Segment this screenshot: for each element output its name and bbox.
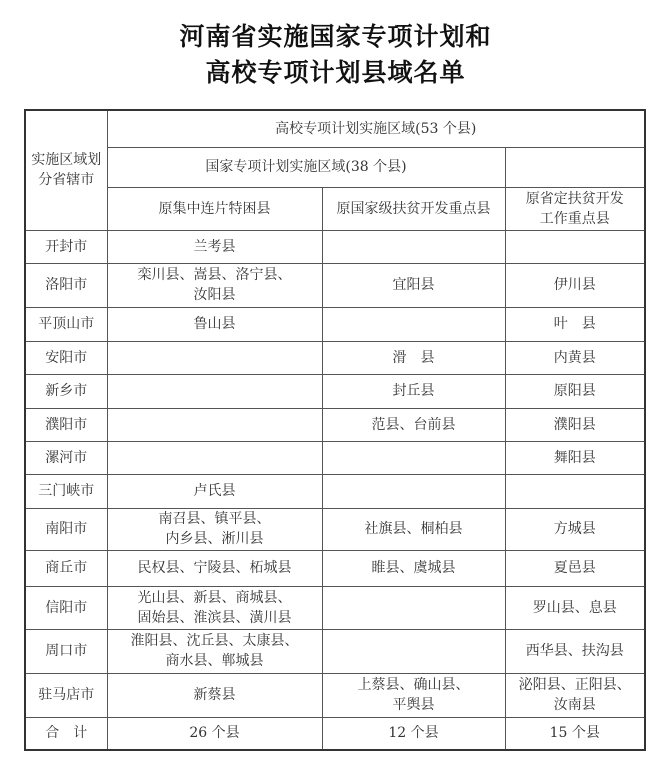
city-cell-line1: 信阳市 [28, 598, 105, 618]
national-poverty-cell: 滑 县 [322, 341, 505, 374]
total-row: 合 计26 个县12 个县15 个县 [25, 717, 645, 750]
city-cell-line1: 三门峡市 [28, 481, 105, 501]
city-cell-line1: 周口市 [28, 641, 105, 661]
provincial-poverty-cell: 叶 县 [505, 307, 645, 341]
header-university-area: 高校专项计划实施区域(53 个县) [107, 110, 645, 147]
contiguous-poverty-cell: 鲁山县 [107, 307, 322, 341]
contiguous-poverty-cell: 南召县、镇平县、内乡县、淅川县 [107, 508, 322, 550]
national-poverty-cell-line1: 范县、台前县 [325, 415, 503, 435]
provincial-poverty-cell: 西华县、扶沟县 [505, 629, 645, 673]
total-col1: 26 个县 [107, 717, 322, 750]
provincial-poverty-cell-line1: 原阳县 [508, 381, 643, 401]
city-cell: 濮阳市 [25, 408, 107, 441]
national-poverty-cell: 睢县、虞城县 [322, 550, 505, 586]
contiguous-poverty-cell: 民权县、宁陵县、柘城县 [107, 550, 322, 586]
provincial-poverty-cell-line1: 叶 县 [508, 314, 643, 334]
national-poverty-cell-line2: 平舆县 [325, 695, 503, 715]
national-poverty-cell [322, 441, 505, 474]
provincial-poverty-cell-line1: 泌阳县、正阳县、 [508, 675, 643, 695]
provincial-poverty-cell: 伊川县 [505, 263, 645, 307]
contiguous-poverty-cell [107, 408, 322, 441]
total-col3: 15 个县 [505, 717, 645, 750]
contiguous-poverty-cell-line1: 南召县、镇平县、 [110, 509, 320, 529]
contiguous-poverty-cell: 新蔡县 [107, 673, 322, 717]
contiguous-poverty-cell: 光山县、新县、商城县、固始县、淮滨县、潢川县 [107, 586, 322, 629]
provincial-poverty-cell-line2: 汝南县 [508, 695, 643, 715]
city-cell: 安阳市 [25, 341, 107, 374]
provincial-poverty-cell-line1: 方城县 [508, 519, 643, 539]
city-cell: 开封市 [25, 230, 107, 263]
header-col3-line2: 工作重点县 [508, 209, 643, 229]
table-row: 洛阳市栾川县、嵩县、洛宁县、汝阳县宜阳县伊川县 [25, 263, 645, 307]
document-title-line2: 高校专项计划县域名单 [0, 53, 671, 89]
city-cell-line1: 漯河市 [28, 448, 105, 468]
table-row: 平顶山市鲁山县叶 县 [25, 307, 645, 341]
table-row: 新乡市封丘县原阳县 [25, 374, 645, 408]
national-poverty-cell: 封丘县 [322, 374, 505, 408]
provincial-poverty-cell: 罗山县、息县 [505, 586, 645, 629]
provincial-poverty-cell-line1: 夏邑县 [508, 558, 643, 578]
provincial-poverty-cell-line1: 罗山县、息县 [508, 598, 643, 618]
header-empty-cell [505, 147, 645, 187]
contiguous-poverty-cell-line2: 汝阳县 [110, 285, 320, 305]
county-list-table: 实施区域划 分省辖市 高校专项计划实施区域(53 个县) 国家专项计划实施区域(… [24, 109, 646, 751]
city-cell: 周口市 [25, 629, 107, 673]
table-row: 南阳市南召县、镇平县、内乡县、淅川县社旗县、桐柏县方城县 [25, 508, 645, 550]
national-poverty-cell: 宜阳县 [322, 263, 505, 307]
provincial-poverty-cell-line1: 舞阳县 [508, 448, 643, 468]
city-cell: 信阳市 [25, 586, 107, 629]
provincial-poverty-cell: 方城县 [505, 508, 645, 550]
contiguous-poverty-cell-line1: 兰考县 [110, 237, 320, 257]
provincial-poverty-cell: 内黄县 [505, 341, 645, 374]
provincial-poverty-cell [505, 230, 645, 263]
city-cell-line1: 商丘市 [28, 558, 105, 578]
provincial-poverty-cell: 原阳县 [505, 374, 645, 408]
national-poverty-cell [322, 230, 505, 263]
contiguous-poverty-cell [107, 374, 322, 408]
header-col3: 原省定扶贫开发 工作重点县 [505, 187, 645, 230]
national-poverty-cell-line1: 宜阳县 [325, 275, 503, 295]
provincial-poverty-cell: 濮阳县 [505, 408, 645, 441]
national-poverty-cell: 社旗县、桐柏县 [322, 508, 505, 550]
city-cell: 三门峡市 [25, 474, 107, 508]
contiguous-poverty-cell-line1: 淮阳县、沈丘县、太康县、 [110, 631, 320, 651]
header-city-line2: 分省辖市 [28, 170, 105, 190]
table-row: 开封市兰考县 [25, 230, 645, 263]
contiguous-poverty-cell-line2: 商水县、郸城县 [110, 651, 320, 671]
contiguous-poverty-cell-line1: 新蔡县 [110, 685, 320, 705]
table-row: 三门峡市卢氏县 [25, 474, 645, 508]
header-national-area: 国家专项计划实施区域(38 个县) [107, 147, 505, 187]
provincial-poverty-cell: 泌阳县、正阳县、汝南县 [505, 673, 645, 717]
provincial-poverty-cell [505, 474, 645, 508]
city-cell-line1: 平顶山市 [28, 314, 105, 334]
city-cell: 商丘市 [25, 550, 107, 586]
city-cell-line1: 南阳市 [28, 519, 105, 539]
contiguous-poverty-cell-line2: 固始县、淮滨县、潢川县 [110, 608, 320, 628]
table-row: 商丘市民权县、宁陵县、柘城县睢县、虞城县夏邑县 [25, 550, 645, 586]
national-poverty-cell [322, 307, 505, 341]
city-cell-line1: 洛阳市 [28, 275, 105, 295]
city-cell: 洛阳市 [25, 263, 107, 307]
contiguous-poverty-cell: 栾川县、嵩县、洛宁县、汝阳县 [107, 263, 322, 307]
provincial-poverty-cell-line1: 濮阳县 [508, 415, 643, 435]
national-poverty-cell [322, 629, 505, 673]
contiguous-poverty-cell-line1: 民权县、宁陵县、柘城县 [110, 558, 320, 578]
city-cell-line1: 安阳市 [28, 348, 105, 368]
provincial-poverty-cell: 舞阳县 [505, 441, 645, 474]
table-row: 安阳市滑 县内黄县 [25, 341, 645, 374]
city-cell-line1: 濮阳市 [28, 415, 105, 435]
city-cell-line1: 开封市 [28, 237, 105, 257]
provincial-poverty-cell-line1: 西华县、扶沟县 [508, 641, 643, 661]
contiguous-poverty-cell [107, 441, 322, 474]
header-col1: 原集中连片特困县 [107, 187, 322, 230]
national-poverty-cell-line1: 封丘县 [325, 381, 503, 401]
provincial-poverty-cell: 夏邑县 [505, 550, 645, 586]
city-cell: 平顶山市 [25, 307, 107, 341]
contiguous-poverty-cell-line1: 卢氏县 [110, 481, 320, 501]
document-title-line1: 河南省实施国家专项计划和 [0, 17, 671, 53]
contiguous-poverty-cell-line1: 光山县、新县、商城县、 [110, 588, 320, 608]
table-row: 漯河市舞阳县 [25, 441, 645, 474]
contiguous-poverty-cell-line1: 栾川县、嵩县、洛宁县、 [110, 265, 320, 285]
city-cell: 漯河市 [25, 441, 107, 474]
contiguous-poverty-cell: 兰考县 [107, 230, 322, 263]
city-cell: 驻马店市 [25, 673, 107, 717]
city-cell: 新乡市 [25, 374, 107, 408]
table-row: 濮阳市范县、台前县濮阳县 [25, 408, 645, 441]
table-row: 信阳市光山县、新县、商城县、固始县、淮滨县、潢川县罗山县、息县 [25, 586, 645, 629]
provincial-poverty-cell-line1: 伊川县 [508, 275, 643, 295]
provincial-poverty-cell-line1: 内黄县 [508, 348, 643, 368]
city-cell: 南阳市 [25, 508, 107, 550]
national-poverty-cell-line1: 睢县、虞城县 [325, 558, 503, 578]
national-poverty-cell: 范县、台前县 [322, 408, 505, 441]
total-col2: 12 个县 [322, 717, 505, 750]
contiguous-poverty-cell-line2: 内乡县、淅川县 [110, 529, 320, 549]
header-city-column: 实施区域划 分省辖市 [25, 110, 107, 230]
city-cell-line1: 新乡市 [28, 381, 105, 401]
national-poverty-cell-line1: 上蔡县、确山县、 [325, 675, 503, 695]
national-poverty-cell-line1: 社旗县、桐柏县 [325, 519, 503, 539]
national-poverty-cell [322, 586, 505, 629]
contiguous-poverty-cell [107, 341, 322, 374]
city-cell-line1: 驻马店市 [28, 685, 105, 705]
header-city-line1: 实施区域划 [28, 150, 105, 170]
total-label: 合 计 [25, 717, 107, 750]
contiguous-poverty-cell: 淮阳县、沈丘县、太康县、商水县、郸城县 [107, 629, 322, 673]
contiguous-poverty-cell: 卢氏县 [107, 474, 322, 508]
table-row: 周口市淮阳县、沈丘县、太康县、商水县、郸城县西华县、扶沟县 [25, 629, 645, 673]
national-poverty-cell [322, 474, 505, 508]
contiguous-poverty-cell-line1: 鲁山县 [110, 314, 320, 334]
national-poverty-cell-line1: 滑 县 [325, 348, 503, 368]
national-poverty-cell: 上蔡县、确山县、平舆县 [322, 673, 505, 717]
table-row: 驻马店市新蔡县上蔡县、确山县、平舆县泌阳县、正阳县、汝南县 [25, 673, 645, 717]
header-col3-line1: 原省定扶贫开发 [508, 189, 643, 209]
header-col2: 原国家级扶贫开发重点县 [322, 187, 505, 230]
